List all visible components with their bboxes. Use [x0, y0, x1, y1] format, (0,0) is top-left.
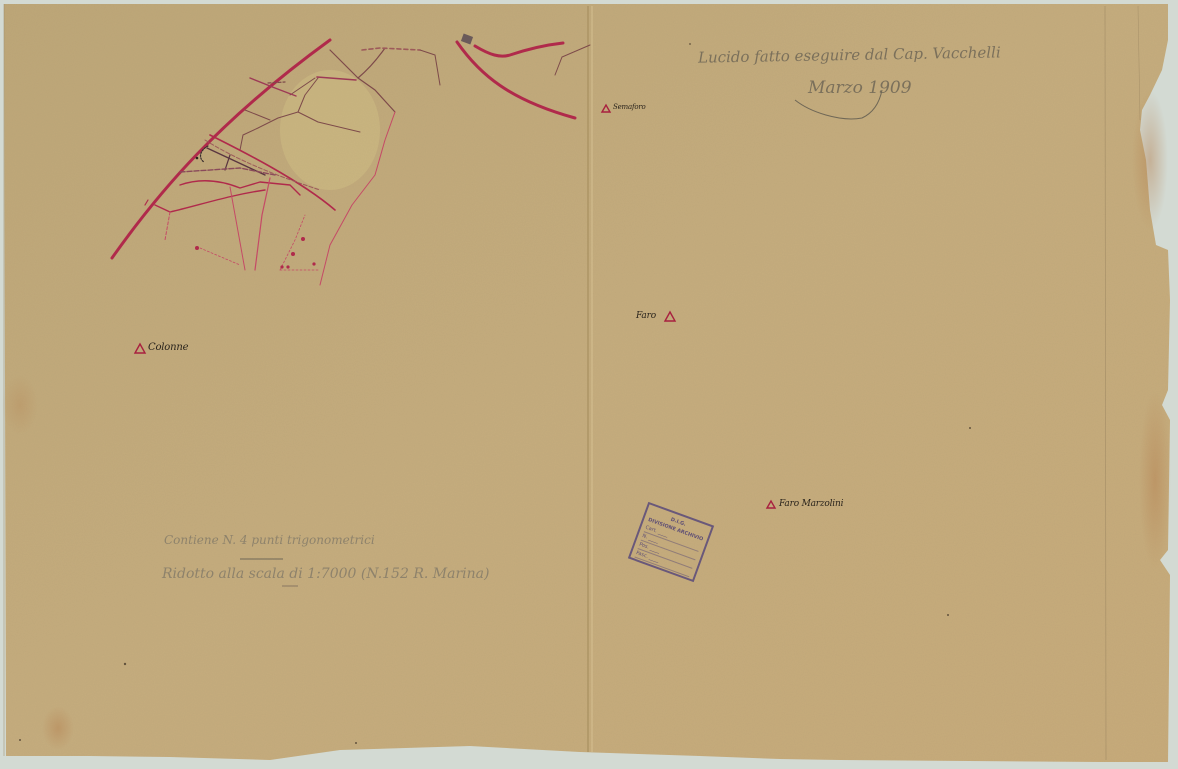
point-label-semaforo: Semaforo [613, 103, 646, 111]
footnote-line2: Ridotto alla scala di 1:7000 (N.152 R. M… [162, 566, 489, 582]
map-sheet [0, 0, 1178, 769]
point-label-faro-marzolini: Faro Marzolini [779, 499, 843, 509]
footnote-line1: Contiene N. 4 punti trigonometrici [164, 533, 375, 547]
point-label-colonne: Colonne [148, 342, 188, 353]
point-label-faro: Faro [636, 311, 656, 321]
tracing-date-text: Marzo 1909 [808, 78, 912, 98]
tracing-date: Marzo 1909 [808, 78, 912, 98]
